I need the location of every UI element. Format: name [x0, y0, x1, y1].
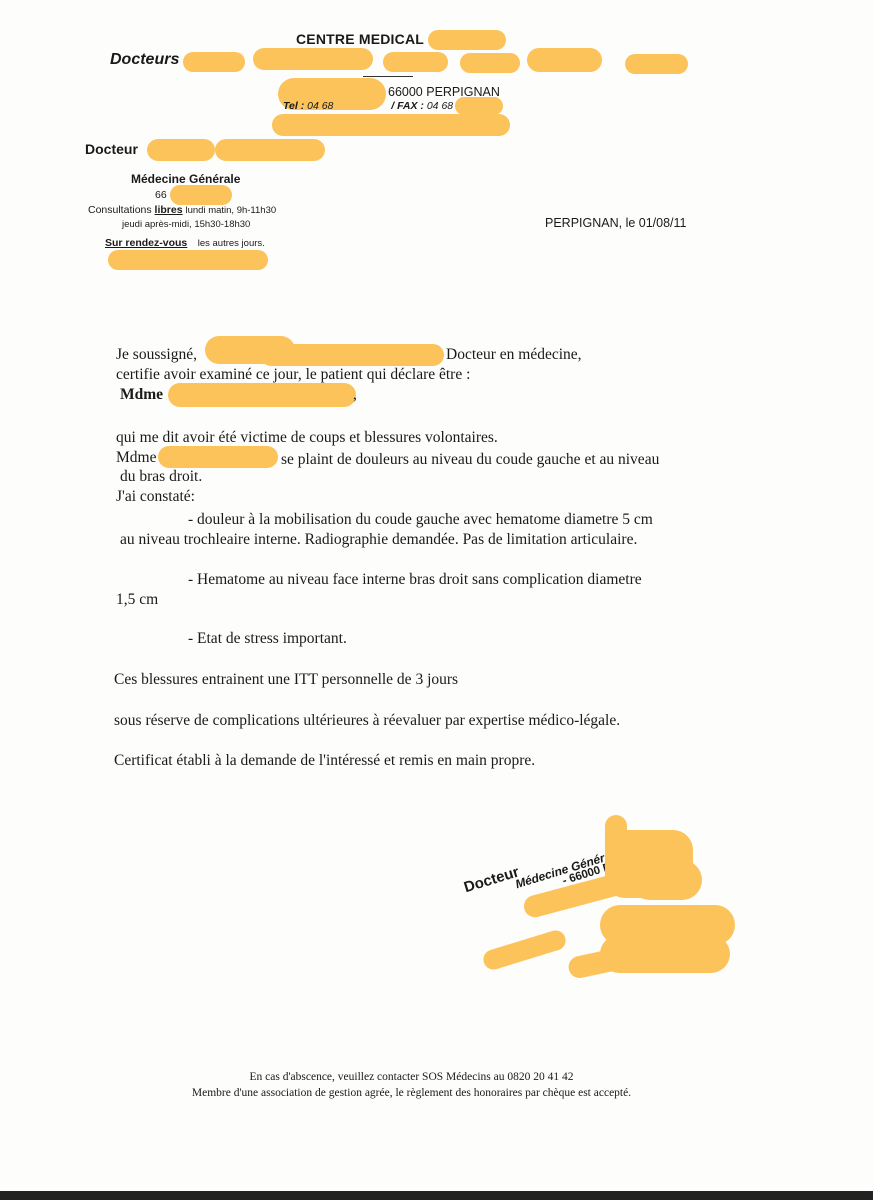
footer-line-1: En cas d'abscence, veuillez contacter SO…: [0, 1071, 823, 1083]
redaction: [170, 185, 232, 205]
line-3: Mdme: [120, 386, 163, 404]
appointment: Sur rendez-vous: [105, 237, 187, 249]
tel-label: Tel :: [283, 100, 304, 112]
paragraph-1: Ces blessures entrainent une ITT personn…: [114, 671, 458, 689]
redaction: [158, 446, 278, 468]
redaction: [253, 48, 373, 70]
line-5a: Mdme: [116, 449, 156, 467]
divider: [363, 76, 413, 77]
tel-line: Tel : 04 68 / FAX : 04 68: [283, 100, 453, 112]
line-7: J'ai constaté:: [116, 488, 195, 506]
redaction: [215, 139, 325, 161]
redaction: [260, 344, 444, 366]
doctor-title: Docteur: [85, 141, 138, 157]
line-1a: Je soussigné,: [116, 346, 197, 364]
line-5b: se plaint de douleurs au niveau du coude…: [281, 451, 659, 469]
fax-label: / FAX :: [391, 100, 424, 112]
redaction: [481, 928, 568, 972]
finding-2b: 1,5 cm: [116, 591, 158, 609]
line-3-comma: ,: [353, 386, 357, 404]
redaction: [108, 250, 268, 270]
redaction: [428, 30, 506, 50]
consult-line: Consultations libres lundi matin, 9h-11h…: [88, 204, 276, 216]
redaction: [383, 52, 448, 72]
other-days: les autres jours.: [198, 238, 265, 249]
finding-2a: - Hematome au niveau face interne bras d…: [188, 571, 642, 589]
redaction: [272, 114, 510, 136]
hours-2: jeudi après-midi, 15h30-18h30: [122, 219, 250, 230]
line-1b: Docteur en médecine,: [446, 346, 582, 364]
hours-1: lundi matin, 9h-11h30: [185, 205, 276, 216]
scan-edge: [0, 1191, 873, 1200]
finding-1b: au niveau trochleaire interne. Radiograp…: [120, 531, 637, 549]
consult-label: Consultations: [88, 204, 152, 216]
redaction: [625, 54, 688, 74]
footer-line-2: Membre d'une association de gestion agré…: [0, 1087, 823, 1099]
finding-1a: - douleur à la mobilisation du coude gau…: [188, 511, 653, 529]
dept: 66: [155, 189, 167, 201]
center-title: CENTRE MEDICAL: [296, 31, 424, 47]
redaction: [183, 52, 245, 72]
redaction: [460, 53, 520, 73]
redaction: [455, 97, 503, 115]
paragraph-2: sous réserve de complications ultérieure…: [114, 712, 620, 730]
paragraph-3: Certificat établi à la demande de l'inté…: [114, 752, 535, 770]
finding-3: - Etat de stress important.: [188, 630, 347, 648]
fax-prefix: 04 68: [427, 100, 453, 112]
consult-free: libres: [155, 204, 183, 216]
redaction: [527, 48, 602, 72]
appointment-line: Sur rendez-vous les autres jours.: [105, 233, 265, 251]
line-4: qui me dit avoir été victime de coups et…: [116, 429, 498, 447]
redaction: [168, 383, 356, 407]
line-6: du bras droit.: [120, 468, 202, 486]
doctors-label: Docteurs: [110, 51, 179, 69]
redaction: [147, 139, 215, 161]
date-line: PERPIGNAN, le 01/08/11: [545, 216, 687, 230]
line-2: certifie avoir examiné ce jour, le patie…: [116, 366, 470, 384]
tel-prefix: 04 68: [307, 100, 333, 112]
specialty: Médecine Générale: [131, 172, 240, 186]
